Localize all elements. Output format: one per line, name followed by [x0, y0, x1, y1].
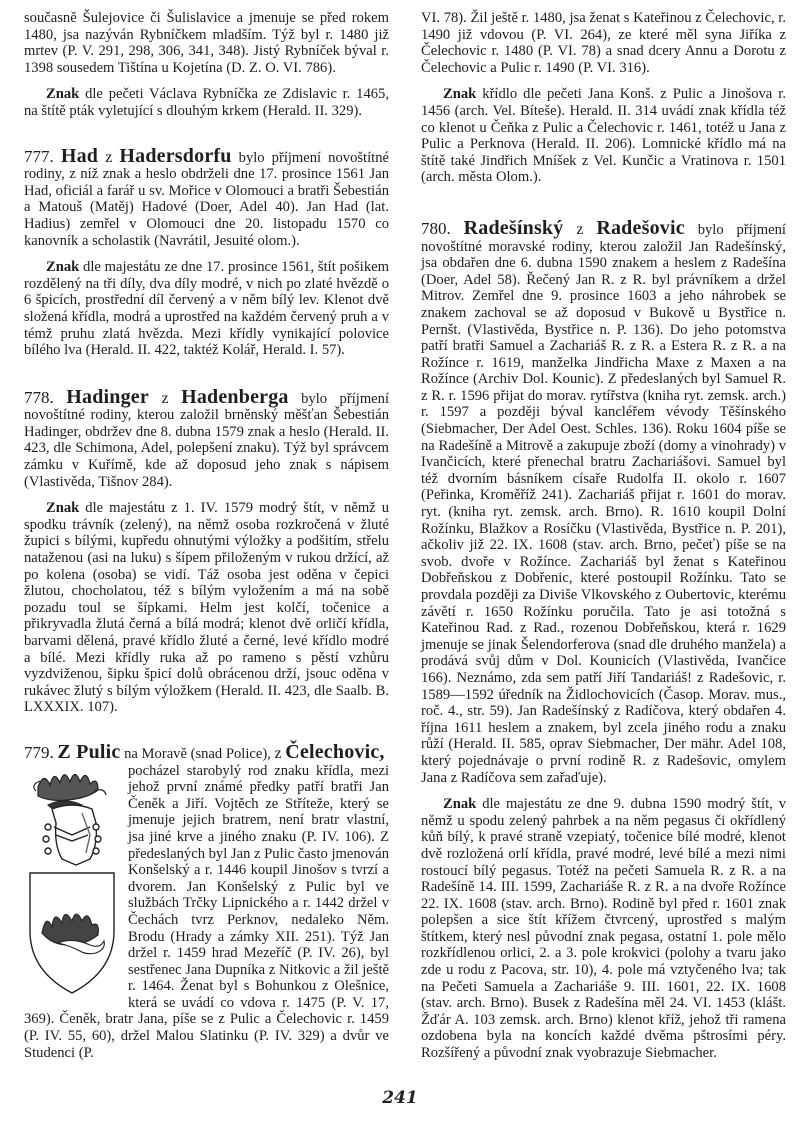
entry-paragraph: 778. Hadinger z Hadenberga bylo příjmení… — [24, 389, 389, 491]
entry-text: bylo příjmení novoštítné moravské rodiny… — [421, 222, 786, 786]
entry-number: 779. — [24, 743, 54, 762]
entry-777: 777. Had z Hadersdorfu bylo příjmení nov… — [24, 148, 389, 359]
znak-paragraph: Znak dle majestátu z 1. IV. 1579 modrý š… — [24, 500, 389, 716]
continuation-paragraph: VI. 78). Žil ještě r. 1480, jsa ženat s … — [421, 10, 786, 76]
continuation-paragraph: současně Šulejovice či Šulislavice a jme… — [24, 10, 389, 76]
entry-connector: z — [274, 745, 281, 762]
znak-label: Znak — [46, 86, 79, 102]
entry-connector: z — [576, 221, 583, 238]
znak-paragraph: Znak křídlo dle pečeti Jana Konš. z Puli… — [421, 86, 786, 186]
znak-text: dle majestátu ze dne 9. dubna 1590 modrý… — [421, 796, 786, 1061]
znak-label: Znak — [46, 500, 79, 516]
entry-paragraph: 777. Had z Hadersdorfu bylo příjmení nov… — [24, 148, 389, 250]
entry-connector: z — [161, 390, 168, 407]
coat-of-arms-icon — [24, 765, 120, 1001]
page-number: 241 — [0, 1088, 800, 1108]
entry-title-place: Radešovic — [596, 217, 684, 239]
left-column: současně Šulejovice či Šulislavice a jme… — [24, 2, 389, 1061]
entry-title-place: Čelechovic, — [285, 741, 384, 763]
right-column: VI. 78). Žil ještě r. 1480, jsa ženat s … — [421, 2, 786, 1062]
entry-number: 777. — [24, 147, 54, 166]
znak-text: dle majestátu ze dne 17. prosince 1561, … — [24, 259, 389, 358]
znak-paragraph: Znak dle majestátu ze dne 17. prosince 1… — [24, 259, 389, 359]
entry-connector: z — [105, 149, 112, 166]
znak-label: Znak — [443, 86, 476, 102]
entry-title: Z Pulic — [57, 741, 120, 763]
entry-title: Had — [61, 145, 98, 167]
entry-780: 780. Radešínský z Radešovic bylo příjmen… — [421, 220, 786, 1062]
entry-title: Radešínský — [464, 217, 564, 239]
book-page: současně Šulejovice či Šulislavice a jme… — [0, 0, 800, 1122]
entry-title: Hadinger — [66, 386, 149, 408]
znak-paragraph: Znak dle majestátu ze dne 9. dubna 1590 … — [421, 796, 786, 1062]
entry-number: 778. — [24, 388, 54, 407]
znak-text: dle majestátu z 1. IV. 1579 modrý štít, … — [24, 500, 389, 715]
entry-title-middle: na Moravě (snad Police), — [120, 746, 274, 762]
entry-title-place: Hadenberga — [181, 386, 289, 408]
entry-title-place: Hadersdorfu — [119, 145, 231, 167]
znak-paragraph: Znak dle pečeti Václava Rybníčka ze Zdis… — [24, 86, 389, 119]
znak-text: dle pečeti Václava Rybníčka ze Zdislavic… — [24, 86, 389, 119]
entry-778: 778. Hadinger z Hadenberga bylo příjmení… — [24, 389, 389, 716]
entry-heading-line: 779. Z Pulic na Moravě (snad Police), z … — [24, 744, 389, 763]
entry-779: 779. Z Pulic na Moravě (snad Police), z … — [24, 744, 389, 1061]
znak-label: Znak — [46, 259, 79, 275]
znak-label: Znak — [443, 796, 476, 812]
entry-paragraph: 780. Radešínský z Radešovic bylo příjmen… — [421, 220, 786, 786]
coat-of-arms-illustration — [24, 765, 120, 1001]
entry-number: 780. — [421, 219, 451, 238]
znak-text: křídlo dle pečeti Jana Konš. z Pulic a J… — [421, 86, 786, 185]
